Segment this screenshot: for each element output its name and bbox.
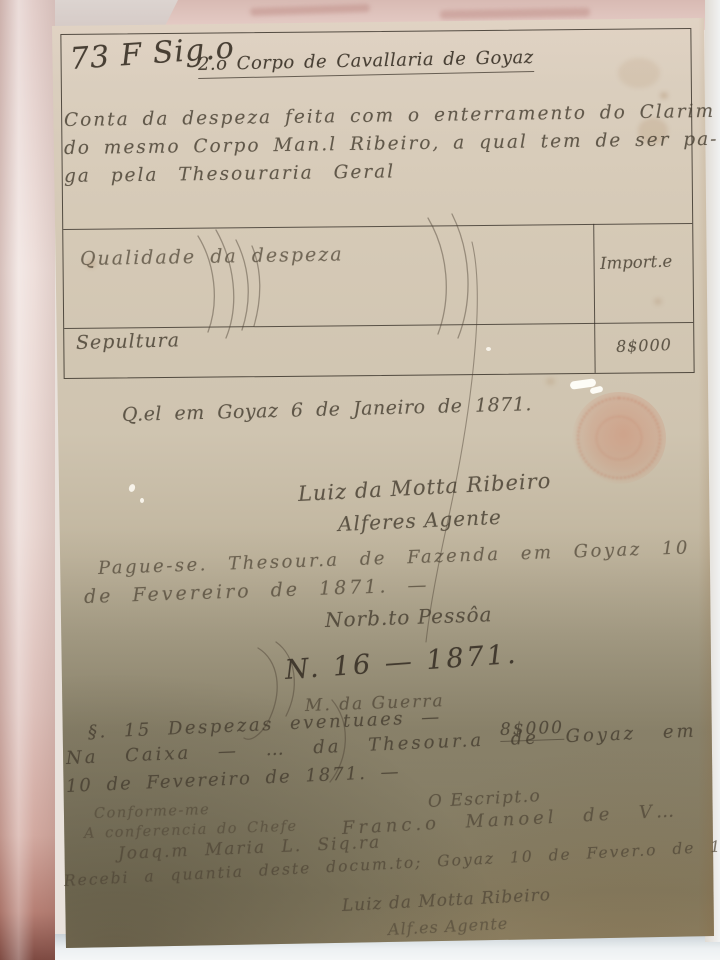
table-col2-header: Import.e [600,251,673,273]
paper-speck [486,347,491,351]
paper-speck [140,498,144,503]
table-frame [60,28,694,379]
red-stamp [572,392,666,484]
table-middle-line [64,322,693,329]
table-col1-header: Qualidade da despeza [80,243,344,270]
previous-page-edge [0,0,55,960]
table-row-amount: 8$000 [616,335,673,356]
table-row-description: Sepultura [76,329,181,354]
document-photo: 73 F Sig.o 2.o Corpo de Cavallaria de Go… [0,0,720,960]
stain [546,378,555,385]
table-column-divider [593,224,596,373]
table-top-line [63,223,692,230]
